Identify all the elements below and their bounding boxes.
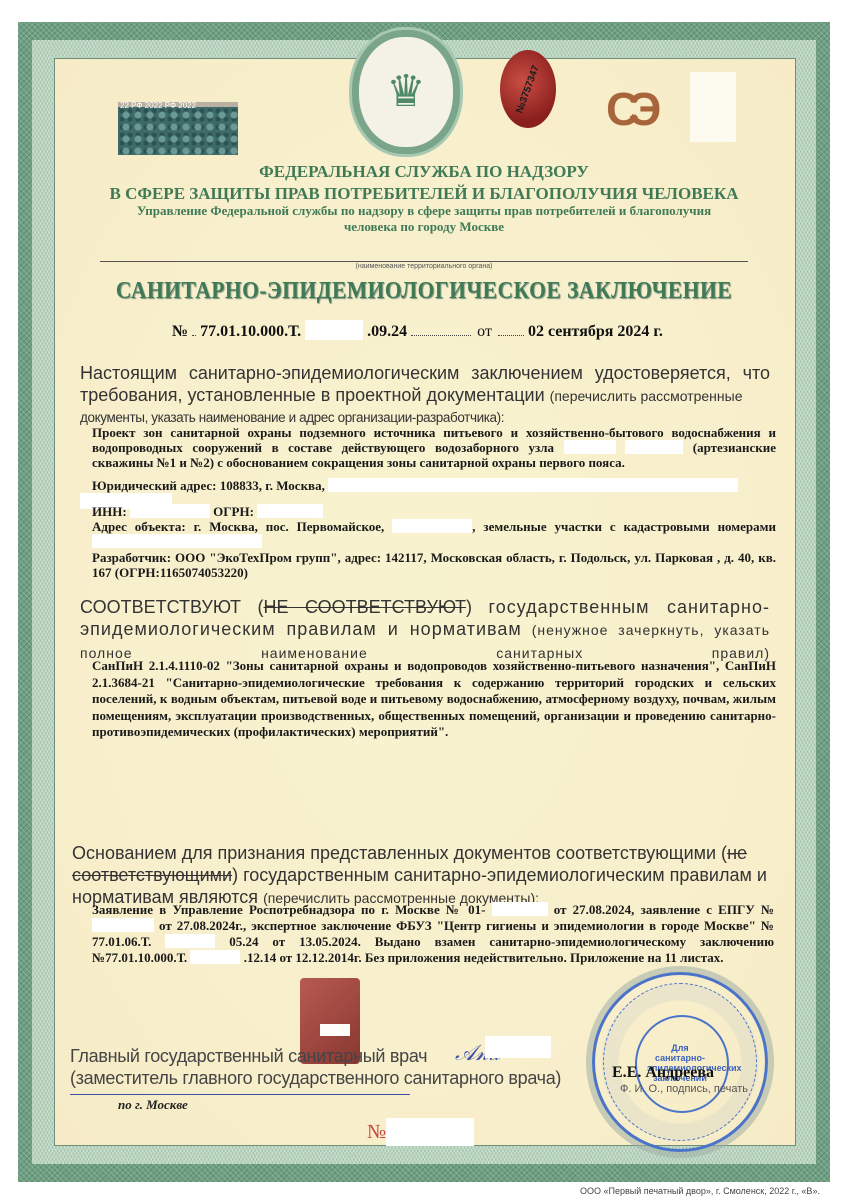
redacted-block	[328, 478, 738, 492]
signer-name: Е.Е. Андреева	[612, 1064, 714, 1082]
serial-prefix: №	[367, 1121, 386, 1143]
redacted-block	[386, 1118, 474, 1146]
basis-doc-1: Заявление в Управление Роспотребнадзора …	[92, 902, 485, 917]
department-caption: (наименование территориального органа)	[0, 263, 848, 270]
certificate-number-line: № 77.01.10.000.Т. .09.24 от 02 сентября …	[172, 320, 663, 341]
hologram-strip-text: 22 РФ 2022 РФ 2022	[120, 101, 196, 110]
document-title: САНИТАРНО-ЭПИДЕМИОЛОГИЧЕСКОЕ ЗАКЛЮЧЕНИЕ	[42, 278, 805, 305]
redacted-block	[392, 519, 472, 533]
object-address-b: , земельные участки с кадастровыми номер…	[472, 519, 776, 534]
signer-role-line-1: Главный государственный санитарный врач	[70, 1046, 427, 1067]
number-suffix: .09.24	[367, 323, 407, 340]
number-prefix: 77.01.10.000.Т.	[200, 323, 301, 340]
redacted-block	[625, 440, 683, 454]
basis-text-a: Основанием для признания представленных …	[72, 843, 727, 863]
redacted-block	[257, 504, 323, 518]
struck-option: НЕ СООТВЕТСТВУЮТ	[264, 597, 467, 617]
redacted-block	[320, 1024, 350, 1036]
legal-address-text: Юридический адрес: 108833, г. Москва,	[92, 478, 325, 493]
legal-address: Юридический адрес: 108833, г. Москва,	[92, 478, 776, 493]
official-stamp-icon: Для санитарно-эпидемиологических заключе…	[592, 972, 768, 1152]
signer-role-line-2: (заместитель главного государственного с…	[70, 1068, 561, 1089]
eagle-icon: ♛	[386, 70, 425, 114]
conformity-status: СООТВЕТСТВУЮТ	[80, 597, 241, 617]
conformity-line: СООТВЕТСТВУЮТ (НЕ СООТВЕТСТВУЮТ) государ…	[80, 596, 770, 664]
fio-caption: Ф. И. О., подпись, печать	[620, 1083, 748, 1095]
redacted-block	[165, 934, 215, 948]
divider	[100, 261, 748, 262]
redacted-block	[485, 1036, 551, 1058]
issue-date: 02 сентября 2024 г.	[528, 323, 663, 340]
sanitary-rules: СанПиН 2.1.4.1110-02 "Зоны санитарной ох…	[92, 658, 776, 741]
no-sign: №	[172, 323, 188, 340]
intro-line-2-main: требования, установленные в проектной до…	[80, 385, 545, 405]
intro-text: Настоящим санитарно-эпидемиологическим з…	[80, 362, 770, 429]
signer-city: по г. Москве	[118, 1097, 188, 1113]
form-serial: №	[367, 1118, 474, 1146]
intro-line-2-hint: (перечислить рассмотренные	[550, 388, 743, 404]
date-from-label: от	[477, 323, 492, 340]
basis-doc-5: .12.14 от 12.12.2014г. Без приложения не…	[244, 950, 724, 965]
department-line-2: человека по городу Москве	[0, 219, 848, 235]
dotted-fill	[192, 323, 196, 336]
intro-line-2: требования, установленные в проектной до…	[80, 384, 770, 407]
redacted-block	[690, 72, 736, 142]
signature-underline	[70, 1094, 410, 1095]
basis-section: Основанием для признания представленных …	[72, 842, 772, 909]
hologram-serial: №3757347	[514, 64, 541, 115]
object-address-a: Адрес объекта: г. Москва, пос. Первомайс…	[92, 519, 384, 534]
redacted-block	[305, 320, 363, 340]
agency-line-2: В СФЕРЕ ЗАЩИТЫ ПРАВ ПОТРЕБИТЕЛЕЙ И БЛАГО…	[0, 184, 848, 204]
hologram-seal-icon: №3757347	[500, 50, 556, 128]
redacted-block	[130, 504, 210, 518]
redacted-block	[92, 534, 262, 548]
developer-info: Разработчик: ООО "ЭкоТехПром групп", адр…	[92, 550, 776, 580]
redacted-block	[92, 918, 154, 932]
inn-ogrn: ИНН: ОГРН:	[92, 504, 776, 519]
dotted-fill	[498, 323, 524, 336]
emblem-icon: ♛	[352, 30, 460, 154]
dotted-fill	[411, 323, 471, 336]
se-logo-icon: СЭ	[606, 82, 651, 136]
ogrn-label: ОГРН:	[213, 504, 254, 519]
basis-doc-2: от 27.08.2024, заявление с ЕПГУ №	[554, 902, 774, 917]
redacted-block	[190, 950, 240, 964]
project-description: Проект зон санитарной охраны подземного …	[92, 425, 776, 470]
redacted-block	[564, 440, 616, 454]
printer-imprint: ООО «Первый печатный двор», г. Смоленск,…	[580, 1186, 820, 1196]
object-address: Адрес объекта: г. Москва, пос. Первомайс…	[92, 519, 776, 549]
agency-line-1: ФЕДЕРАЛЬНАЯ СЛУЖБА ПО НАДЗОРУ	[0, 162, 848, 182]
redacted-block	[492, 902, 548, 916]
inn-label: ИНН:	[92, 504, 127, 519]
basis-documents: Заявление в Управление Роспотребнадзора …	[92, 902, 774, 966]
department-line-1: Управление Федеральной службы по надзору…	[0, 203, 848, 219]
conformity-section: СООТВЕТСТВУЮТ (НЕ СООТВЕТСТВУЮТ) государ…	[80, 596, 770, 664]
hologram-strip: 22 РФ 2022 РФ 2022	[118, 102, 238, 155]
intro-line-1: Настоящим санитарно-эпидемиологическим з…	[80, 362, 770, 384]
